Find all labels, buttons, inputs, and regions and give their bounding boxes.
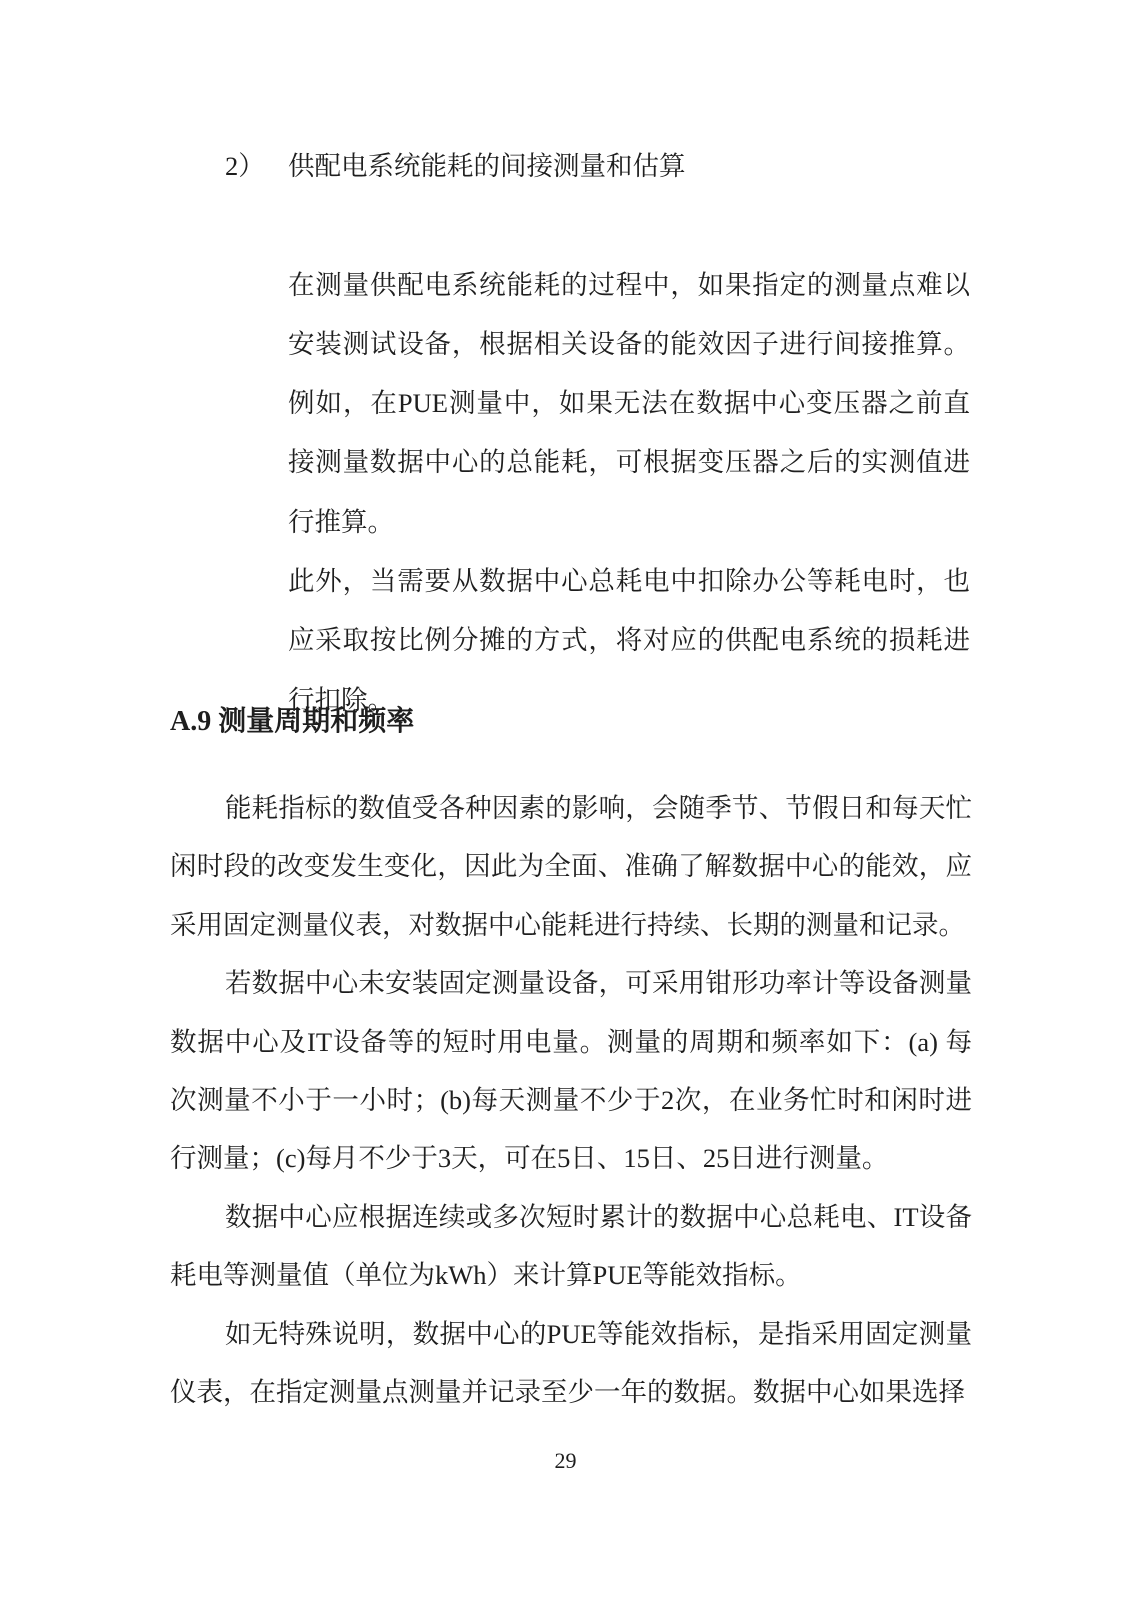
text-line: 应采取按比例分摊的方式，将对应的供配电系统的损耗进: [288, 611, 970, 670]
text-line: 次测量不小于一小时；(b)每天测量不少于2次，在业务忙时和闲时进: [170, 1071, 972, 1129]
list-item-heading: 2） 供配电系统能耗的间接测量和估算: [225, 137, 970, 196]
list-item-2: 2） 供配电系统能耗的间接测量和估算 在测量供配电系统能耗的过程中，如果指定的测…: [225, 137, 970, 730]
text-line: 耗电等测量值（单位为kWh）来计算PUE等能效指标。: [170, 1246, 972, 1304]
text-line: 例如，在PUE测量中，如果无法在数据中心变压器之前直: [288, 374, 970, 433]
paragraph: 数据中心应根据连续或多次短时累计的数据中心总耗电、IT设备耗电等测量值（单位为k…: [170, 1188, 972, 1305]
document-page: 2） 供配电系统能耗的间接测量和估算 在测量供配电系统能耗的过程中，如果指定的测…: [0, 0, 1131, 1600]
paragraph: 若数据中心未安装固定测量设备，可采用钳形功率计等设备测量数据中心及IT设备等的短…: [170, 954, 972, 1188]
text-line: 行推算。: [288, 493, 970, 552]
text-line: 仪表，在指定测量点测量并记录至少一年的数据。数据中心如果选择: [170, 1363, 972, 1421]
text-line: 接测量数据中心的总能耗，可根据变压器之后的实测值进: [288, 433, 970, 492]
text-line: 若数据中心未安装固定测量设备，可采用钳形功率计等设备测量: [170, 954, 972, 1012]
text-line: 能耗指标的数值受各种因素的影响，会随季节、节假日和每天忙: [170, 779, 972, 837]
text-line: 行测量；(c)每月不少于3天，可在5日、15日、25日进行测量。: [170, 1129, 972, 1187]
section-heading-a9: A.9 测量周期和频率: [170, 693, 414, 751]
text-line: 采用固定测量仪表，对数据中心能耗进行持续、长期的测量和记录。: [170, 896, 972, 954]
list-item-marker: 2）: [225, 137, 265, 196]
text-line: 此外，当需要从数据中心总耗电中扣除办公等耗电时，也: [288, 552, 970, 611]
paragraph: 能耗指标的数值受各种因素的影响，会随季节、节假日和每天忙闲时段的改变发生变化，因…: [170, 779, 972, 954]
list-item-title: 供配电系统能耗的间接测量和估算: [288, 137, 686, 196]
text-line: 在测量供配电系统能耗的过程中，如果指定的测量点难以: [288, 256, 970, 315]
text-line: 数据中心及IT设备等的短时用电量。测量的周期和频率如下：(a) 每: [170, 1013, 972, 1071]
list-item-body: 在测量供配电系统能耗的过程中，如果指定的测量点难以安装测试设备，根据相关设备的能…: [288, 256, 970, 730]
text-line: 数据中心应根据连续或多次短时累计的数据中心总耗电、IT设备: [170, 1188, 972, 1246]
text-line: 闲时段的改变发生变化，因此为全面、准确了解数据中心的能效，应: [170, 837, 972, 895]
paragraph: 在测量供配电系统能耗的过程中，如果指定的测量点难以安装测试设备，根据相关设备的能…: [288, 256, 970, 552]
text-line: 安装测试设备，根据相关设备的能效因子进行间接推算。: [288, 315, 970, 374]
section-a9-body: 能耗指标的数值受各种因素的影响，会随季节、节假日和每天忙闲时段的改变发生变化，因…: [170, 779, 972, 1421]
page-number: 29: [0, 1448, 1131, 1474]
text-line: 如无特殊说明，数据中心的PUE等能效指标，是指采用固定测量: [170, 1305, 972, 1363]
paragraph: 如无特殊说明，数据中心的PUE等能效指标，是指采用固定测量仪表，在指定测量点测量…: [170, 1305, 972, 1422]
